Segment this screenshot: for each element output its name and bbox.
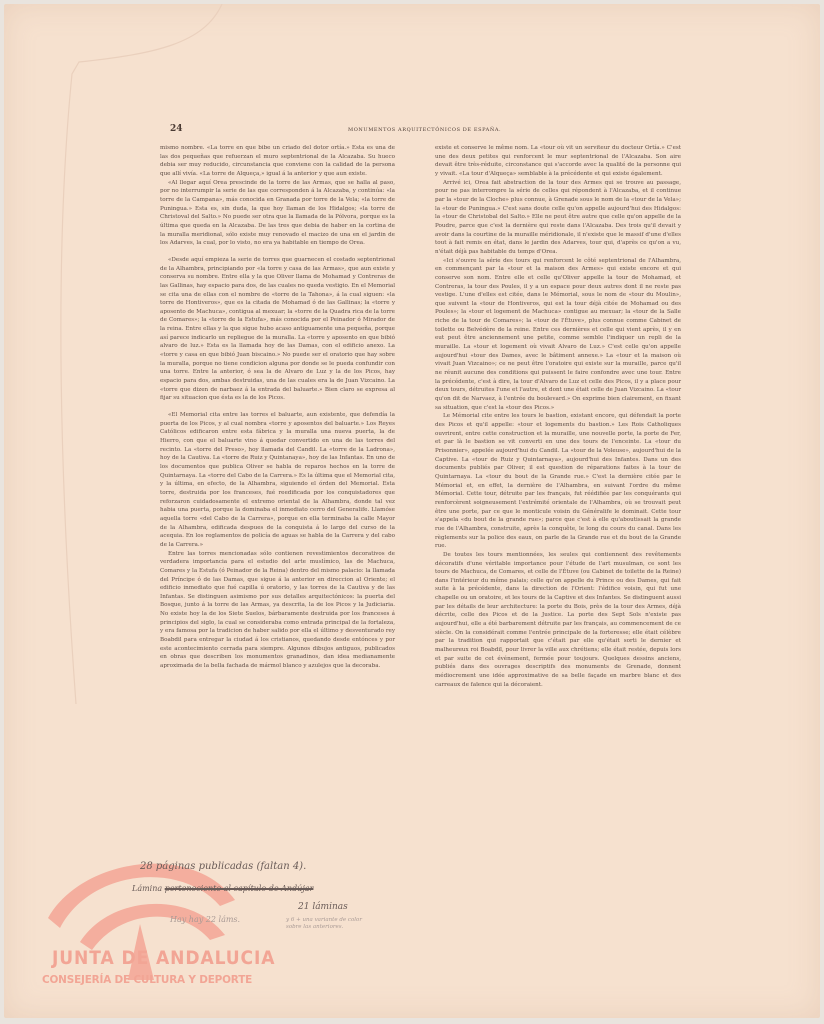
- paragraph: Le Mémorial cite entre les tours le bast…: [435, 412, 681, 551]
- paragraph: «El Memorial cita entre las torres el ba…: [160, 411, 395, 550]
- pencil-note-count: Hay hay 22 láms.: [170, 915, 240, 924]
- left-column-spanish: mismo nombre. «La torre en que bibe un c…: [160, 144, 395, 671]
- watermark-subtitle: CONSEJERÍA DE CULTURA Y DEPORTE: [42, 973, 252, 986]
- paragraph: De toutes les tours mentionnées, les seu…: [435, 551, 681, 690]
- paragraph: «Ici s'ouvre la série des tours qui renf…: [435, 257, 681, 413]
- right-column-french: existe et conserve le même nom. La «tour…: [435, 144, 681, 689]
- paragraph: mismo nombre. «La torre en que bibe un c…: [160, 144, 395, 179]
- scanned-page: 24 MONUMENTOS ARQUITECTÓNICOS DE ESPAÑA.…: [4, 4, 820, 1018]
- running-head: MONUMENTOS ARQUITECTÓNICOS DE ESPAÑA.: [348, 127, 501, 133]
- struck-through-text: perteneciente al capítulo de Andújar: [165, 884, 314, 893]
- paragraph: «Desde aquí empieza la serie de torres q…: [160, 256, 395, 403]
- handwritten-note-lamina: Lámina perteneciente al capítulo de Andú…: [132, 884, 313, 893]
- paragraph: Arrivé ici, Orea fait abstraction de la …: [435, 179, 681, 257]
- page-number: 24: [170, 124, 183, 134]
- handwritten-note-pages: 28 páginas publicadas (faltan 4).: [140, 861, 306, 872]
- watermark-title: JUNTA DE ANDALUCIA: [52, 947, 275, 969]
- handwritten-word: Lámina: [132, 884, 162, 893]
- pencil-note-variant: y 6 + una variante de color sobre las an…: [286, 917, 376, 931]
- paragraph: Entre las torres mencionadas sólo contie…: [160, 550, 395, 671]
- paragraph: «Al llegar aquí Orea prescinde de la tor…: [160, 179, 395, 248]
- handwritten-note-laminas: 21 láminas: [298, 902, 348, 912]
- paragraph: existe et conserve le même nom. La «tour…: [435, 144, 681, 179]
